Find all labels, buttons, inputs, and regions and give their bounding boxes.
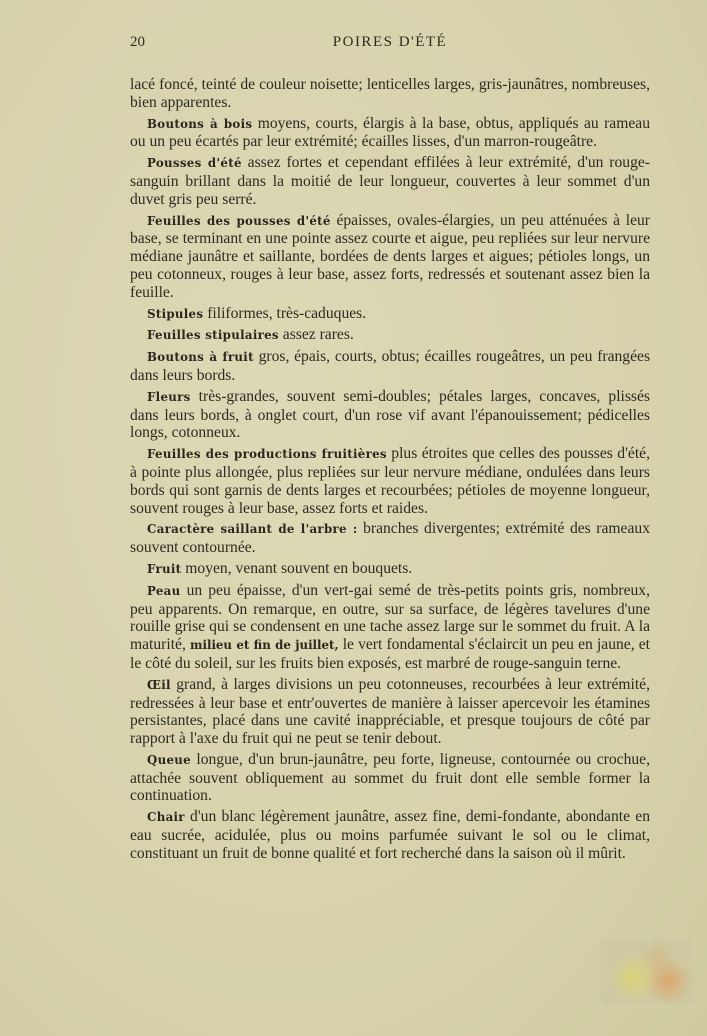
paragraph-term: Queue [147,753,191,767]
paragraph-term: Œil [147,678,171,692]
paragraph-chair: Chair d'un blanc légèrement jaunâtre, as… [130,808,650,862]
paragraph-text: moyen, venant souvent en bouquets. [181,560,412,577]
paragraph-text: assez rares. [279,326,354,343]
bleed-through-illustration [601,938,694,1004]
running-title: POIRES D'ÉTÉ [130,34,650,51]
paragraph-continuation: lacé foncé, teinté de couleur noisette; … [130,76,650,112]
page-body: lacé foncé, teinté de couleur noisette; … [130,76,650,863]
paragraph-feuilles-stipulaires: Feuilles stipulaires assez rares. [130,326,650,345]
paragraph-feuilles-productions: Feuilles des productions fruitières plus… [130,445,650,517]
paragraph-queue: Queue longue, d'un brun-jaunâtre, peu fo… [130,751,650,805]
paragraph-term: Fruit [147,562,181,576]
paragraph-term: Caractère saillant de l'arbre : [147,522,358,536]
paragraph-term: Feuilles des pousses d'été [147,214,331,228]
paragraph-text: très-grandes, souvent semi-doubles; péta… [130,388,650,442]
paragraph-term: Pousses d'été [147,156,242,170]
paragraph-boutons-a-fruit: Boutons à fruit gros, épais, courts, obt… [130,348,650,385]
paragraph-caractere-saillant: Caractère saillant de l'arbre : branches… [130,520,650,557]
paragraph-text: longue, d'un brun-jaunâtre, peu forte, l… [130,751,650,805]
maturity-period: milieu et fin de juillet, [190,638,339,652]
paragraph-text: grand, à larges divisions un peu cotonne… [130,676,650,747]
paragraph-fleurs: Fleurs très-grandes, souvent semi-double… [130,388,650,442]
paragraph-term: Feuilles des productions fruitières [147,447,387,461]
paragraph-oeil: Œil grand, à larges divisions un peu cot… [130,676,650,748]
paragraph-text: lacé foncé, teinté de couleur noisette; … [130,76,650,111]
paragraph-term: Peau [147,584,180,598]
paragraph-fruit: Fruit moyen, venant souvent en bouquets. [130,560,650,579]
paragraph-term: Feuilles stipulaires [147,328,279,342]
paragraph-term: Fleurs [147,390,191,404]
paragraph-peau: Peau un peu épaisse, d'un vert-gai semé … [130,582,650,673]
page-header: 20 POIRES D'ÉTÉ [130,34,650,58]
paragraph-feuilles-des-pousses: Feuilles des pousses d'été épaisses, ova… [130,212,650,302]
paragraph-term: Chair [147,810,185,824]
paragraph-text: filiformes, très-caduques. [203,305,366,322]
paragraph-boutons-a-bois: Boutons à bois moyens, courts, élargis à… [130,115,650,152]
paragraph-text: d'un blanc légèrement jaunâtre, assez fi… [130,808,650,862]
paragraph-term: Boutons à fruit [147,350,254,364]
paragraph-stipules: Stipules filiformes, très-caduques. [130,305,650,324]
paragraph-term: Boutons à bois [147,117,252,131]
paragraph-term: Stipules [147,307,203,321]
book-page: 20 POIRES D'ÉTÉ lacé foncé, teinté de co… [130,34,650,866]
paragraph-pousses-d-ete: Pousses d'été assez fortes et cependant … [130,154,650,208]
